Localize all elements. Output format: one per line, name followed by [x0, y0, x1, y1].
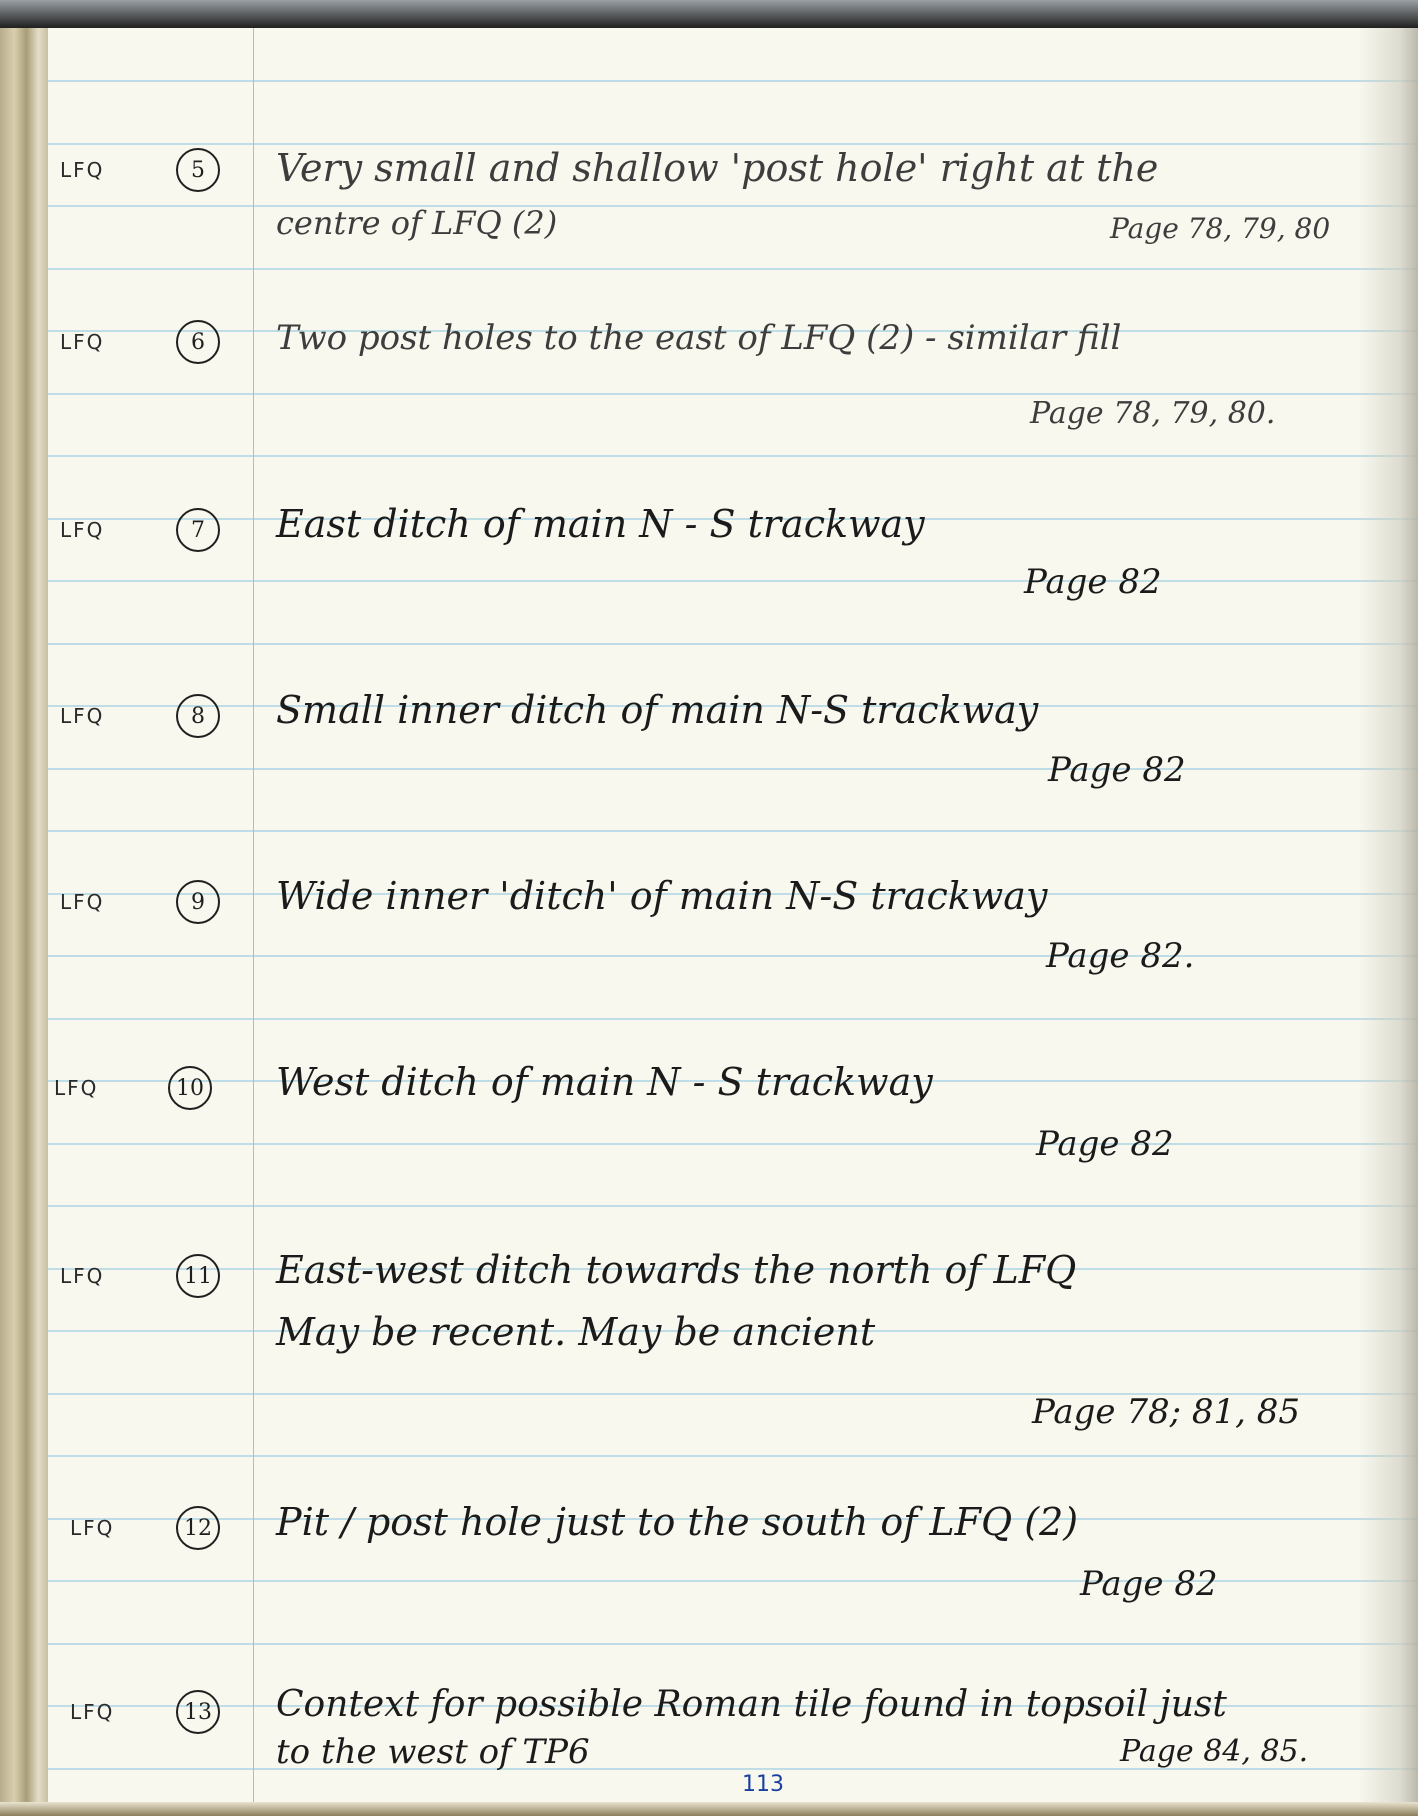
- page-curl-shadow: [1358, 28, 1418, 1816]
- entry-number-circle: 10: [168, 1066, 212, 1110]
- entry-number-circle: 7: [176, 508, 220, 552]
- entry-number-circle: 5: [176, 148, 220, 192]
- entry-prefix: LFQ: [60, 1264, 104, 1288]
- margin-line: [253, 28, 254, 1816]
- entry-description-cont: centre of LFQ (2): [276, 204, 557, 242]
- entry-page-ref: Page 78, 79, 80: [1110, 212, 1330, 245]
- page-bottom-edge: [0, 1802, 1418, 1816]
- entry-description: Two post holes to the east of LFQ (2) - …: [276, 318, 1121, 358]
- entry-prefix: LFQ: [70, 1516, 114, 1540]
- entry-description: Pit / post hole just to the south of LFQ…: [276, 1500, 1078, 1544]
- entry-number-circle: 8: [176, 694, 220, 738]
- entry-number-circle: 6: [176, 320, 220, 364]
- entry-prefix: LFQ: [60, 330, 104, 354]
- notebook-binding: [0, 28, 48, 1816]
- entry-page-ref: Page 78; 81, 85: [1032, 1392, 1300, 1432]
- entry-page-ref: Page 82: [1048, 750, 1186, 790]
- notebook-page: LFQ 5 Very small and shallow 'post hole'…: [0, 28, 1418, 1816]
- entry-description: West ditch of main N - S trackway: [276, 1060, 933, 1104]
- entry-description-cont: May be recent. May be ancient: [276, 1310, 875, 1354]
- entry-prefix: LFQ: [54, 1076, 98, 1100]
- page-number: 113: [742, 1772, 784, 1797]
- entry-description: East ditch of main N - S trackway: [276, 502, 925, 546]
- entry-number-circle: 13: [176, 1690, 220, 1734]
- entry-prefix: LFQ: [60, 518, 104, 542]
- entry-page-ref: Page 82.: [1046, 936, 1194, 976]
- entry-prefix: LFQ: [60, 704, 104, 728]
- entry-page-ref: Page 78, 79, 80.: [1030, 396, 1275, 431]
- entry-description: Wide inner 'ditch' of main N-S trackway: [276, 874, 1047, 918]
- entry-prefix: LFQ: [60, 158, 104, 182]
- entry-page-ref: Page 82: [1024, 562, 1162, 602]
- entry-number-circle: 12: [176, 1506, 220, 1550]
- entry-description-cont: to the west of TP6: [276, 1732, 590, 1772]
- entry-description: Context for possible Roman tile found in…: [276, 1684, 1227, 1725]
- entry-prefix: LFQ: [60, 890, 104, 914]
- entry-description: East-west ditch towards the north of LFQ: [276, 1248, 1076, 1292]
- entry-page-ref: Page 82: [1080, 1564, 1218, 1604]
- entry-page-ref: Page 82: [1036, 1124, 1174, 1164]
- entry-number-circle: 11: [176, 1254, 220, 1298]
- entry-page-ref: Page 84, 85.: [1120, 1734, 1308, 1769]
- entry-prefix: LFQ: [70, 1700, 114, 1724]
- entry-number-circle: 9: [176, 880, 220, 924]
- entry-description: Small inner ditch of main N-S trackway: [276, 688, 1038, 732]
- entry-description: Very small and shallow 'post hole' right…: [276, 146, 1158, 190]
